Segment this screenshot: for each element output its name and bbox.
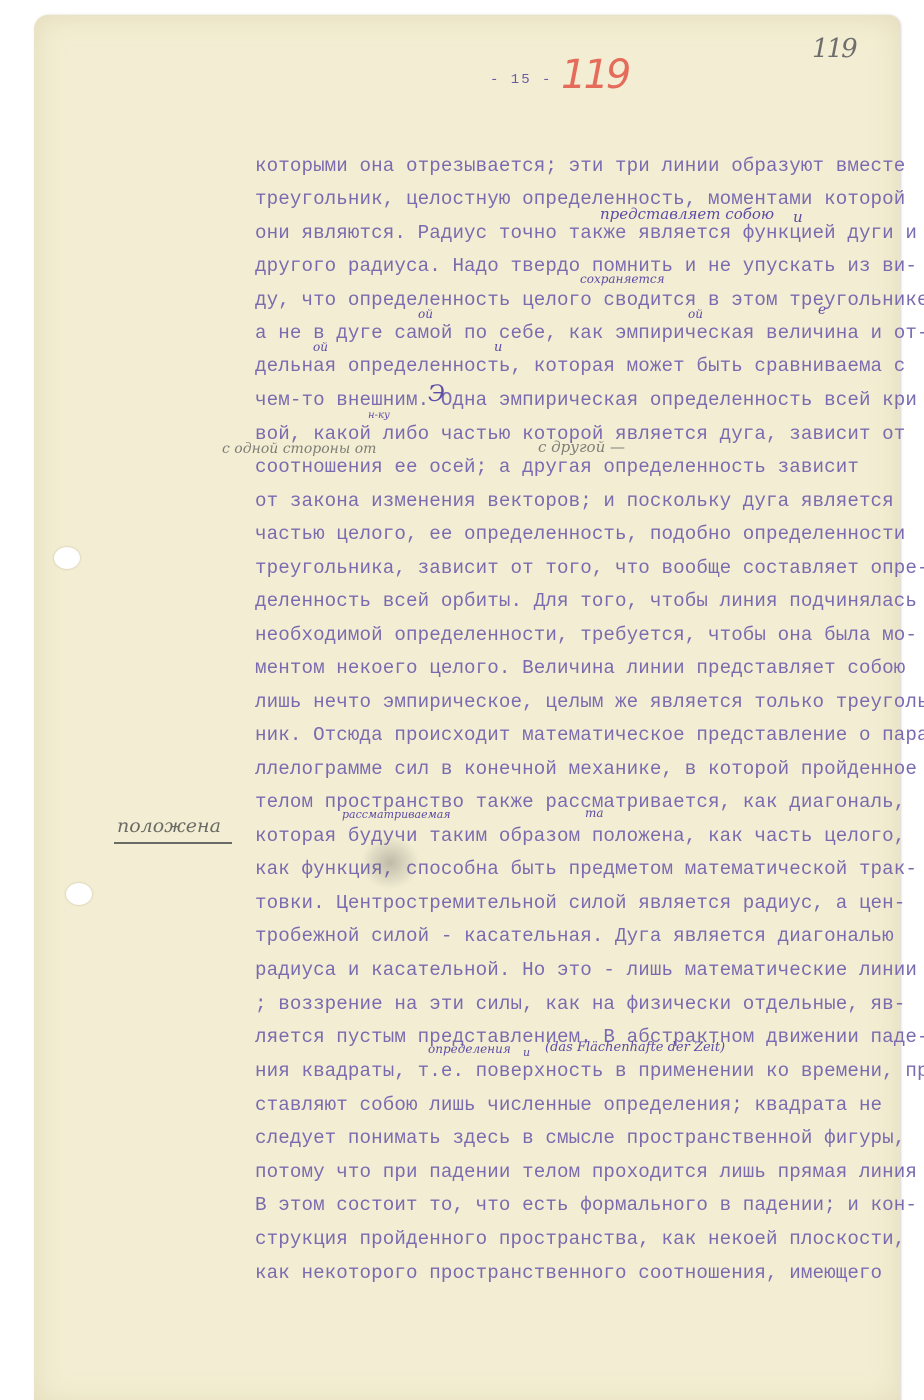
text-line: деленность всей орбиты. Для того, чтобы … bbox=[255, 590, 917, 612]
handwritten-ending: ой bbox=[688, 307, 703, 321]
text-line: ллелограмме сил в конечной механике, в к… bbox=[255, 758, 917, 780]
text-line: которая будучи таким образом положена, к… bbox=[255, 825, 905, 847]
handwritten-ending: и bbox=[494, 340, 502, 355]
text-line: как некоторого пространственного соотнош… bbox=[255, 1262, 882, 1284]
text-line: дельная определенность, которая может бы… bbox=[255, 355, 905, 377]
punch-hole bbox=[66, 883, 92, 905]
text-line: товки. Центростремительной силой являетс… bbox=[255, 892, 905, 914]
handwritten-insert: определения bbox=[428, 1042, 511, 1056]
text-line: тробежной силой - касательная. Дуга явля… bbox=[255, 925, 894, 947]
text-line: треугольник, целостную определенность, м… bbox=[255, 188, 905, 210]
handwritten-insert: (das Flächenhafte der Zeit) bbox=[545, 1040, 725, 1055]
text-line: потому что при падении телом проходится … bbox=[255, 1161, 917, 1183]
text-line: соотношения ее осей; а другая определенн… bbox=[255, 456, 859, 478]
handwritten-insert: та bbox=[585, 806, 604, 820]
text-line: частью целого, ее определенность, подобн… bbox=[255, 523, 905, 545]
text-line: ставляют собою лишь численные определени… bbox=[255, 1094, 882, 1116]
text-line: В этом состоит то, что есть формального … bbox=[255, 1194, 917, 1216]
pencil-smudge bbox=[360, 835, 420, 890]
handwritten-ending: ой bbox=[418, 307, 433, 321]
text-line: необходимой определенности, требуется, ч… bbox=[255, 624, 917, 646]
handwritten-ending: ой bbox=[313, 340, 328, 354]
handwritten-letter: Э bbox=[428, 382, 445, 407]
pencil-folio-number: 119 bbox=[812, 34, 856, 64]
text-line: чем-то внешним. Одна эмпирическая опреде… bbox=[255, 389, 917, 411]
text-line: они являются. Радиус точно также являетс… bbox=[255, 222, 917, 244]
red-folio-number: 119 bbox=[561, 52, 628, 98]
text-line: треугольника, зависит от того, что вообщ… bbox=[255, 557, 924, 579]
pencil-insert: с другой — bbox=[538, 438, 625, 456]
text-line: ментом некоего целого. Величина линии пр… bbox=[255, 657, 905, 679]
text-line: лишь нечто эмпирическое, целым же являет… bbox=[255, 691, 924, 713]
handwritten-insert: и bbox=[793, 208, 803, 226]
handwritten-insert: и bbox=[523, 1046, 530, 1059]
handwritten-ending: е bbox=[818, 302, 826, 318]
text-line: как функция, способна быть предметом мат… bbox=[255, 858, 917, 880]
text-line: ния квадраты, т.е. поверхность в примене… bbox=[255, 1060, 924, 1082]
text-line: следует понимать здесь в смысле простран… bbox=[255, 1127, 905, 1149]
text-line: от закона изменения векторов; и поскольк… bbox=[255, 490, 894, 512]
typed-page-number: - 15 - bbox=[490, 72, 552, 88]
margin-underline bbox=[114, 842, 232, 844]
handwritten-insert: сохраняется bbox=[580, 272, 665, 286]
text-line: радиуса и касательной. Но это - лишь мат… bbox=[255, 959, 917, 981]
punch-hole bbox=[54, 547, 80, 569]
text-line: струкция пройденного пространства, как н… bbox=[255, 1228, 905, 1250]
text-line: которыми она отрезывается; эти три линии… bbox=[255, 155, 905, 177]
text-line: а не в дуге самой по себе, как эмпиричес… bbox=[255, 322, 924, 344]
text-line: ник. Отсюда происходит математическое пр… bbox=[255, 724, 924, 746]
text-line: ; воззрение на эти силы, как на физическ… bbox=[255, 993, 905, 1015]
pencil-margin-note: положена bbox=[117, 815, 221, 837]
handwritten-insert: представляет собою bbox=[600, 205, 774, 223]
handwritten-insert: рассматриваемая bbox=[342, 808, 451, 821]
handwritten-insert: н-ку bbox=[368, 410, 390, 421]
pencil-margin-insert: с одной стороны от bbox=[222, 441, 376, 457]
